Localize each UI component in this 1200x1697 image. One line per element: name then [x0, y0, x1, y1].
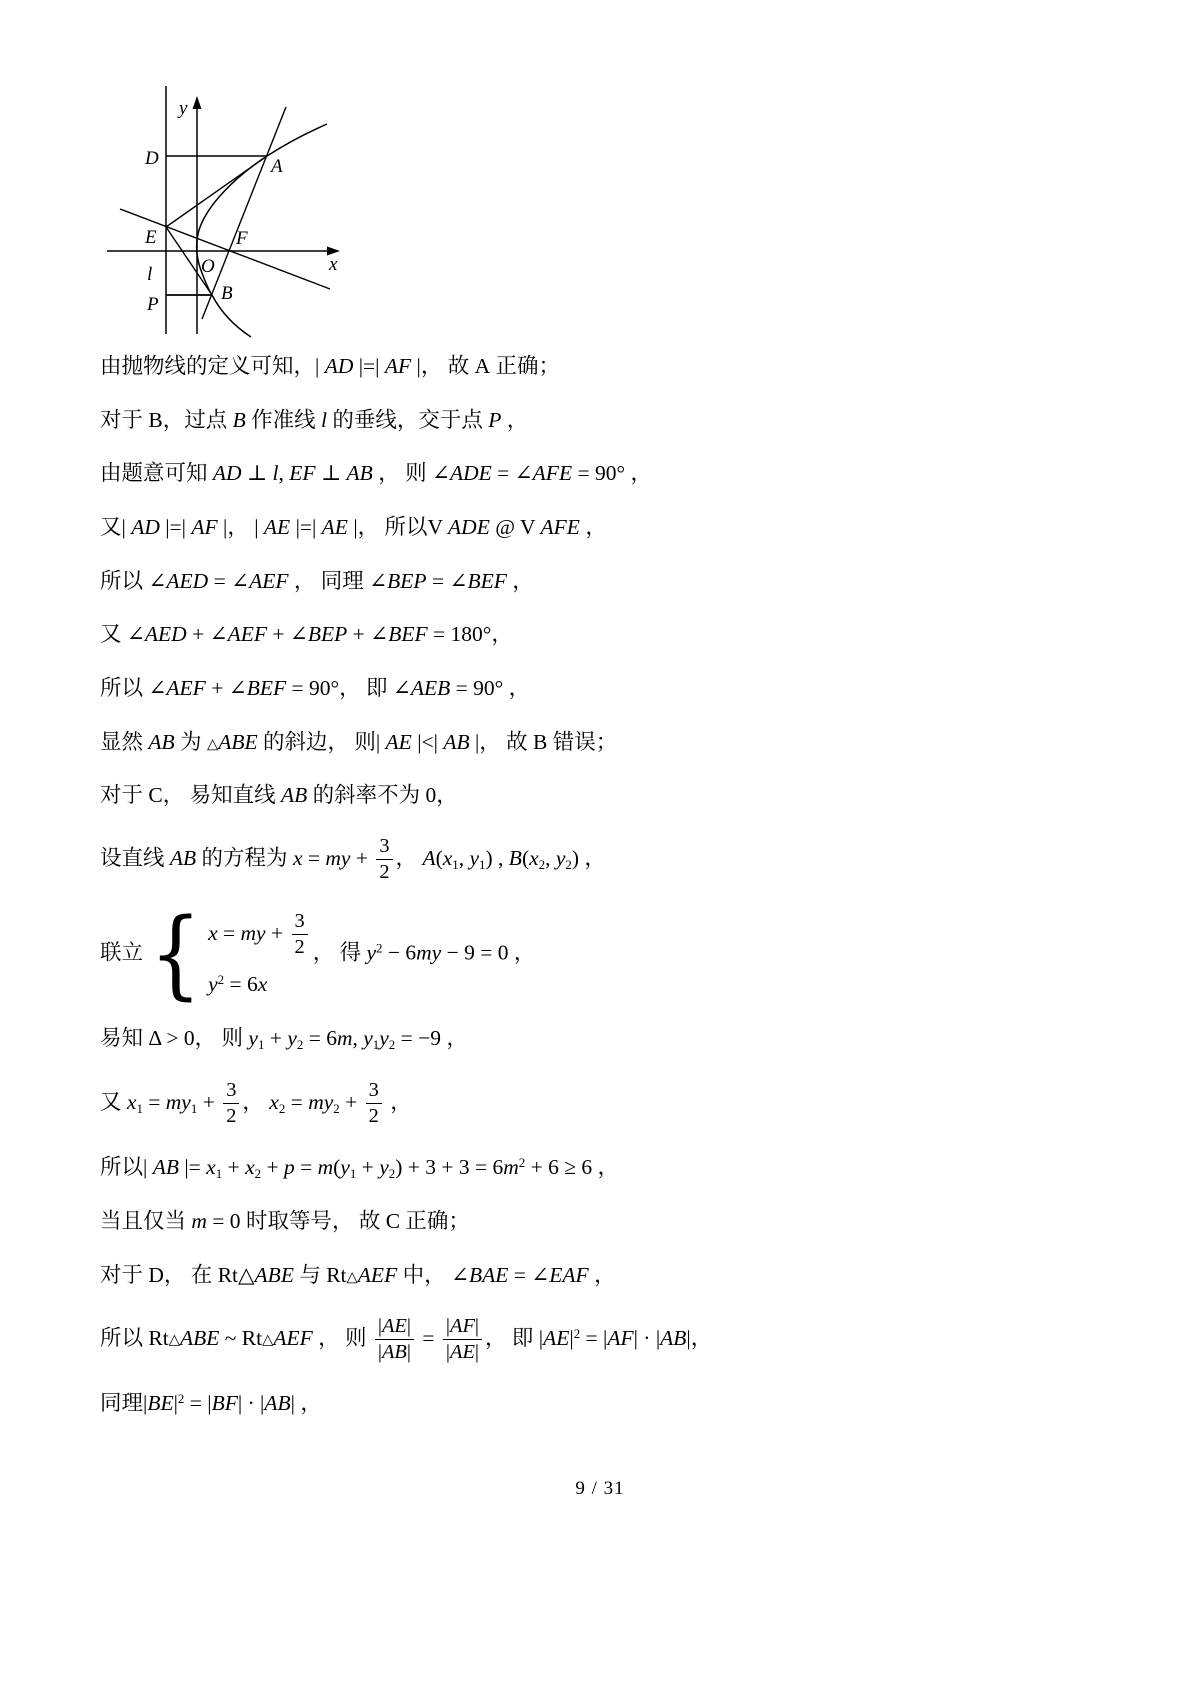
text-segment: | [376, 730, 386, 754]
text-segment: = ∠ [492, 461, 533, 485]
text-segment: AE [543, 1326, 569, 1350]
text-segment: B [509, 846, 522, 870]
text-segment: m [191, 1209, 207, 1233]
solution-line-16: 对于 D， 在 Rt△ABE 与 Rt△AEF 中， ∠BAE = ∠EAF ， [100, 1261, 1110, 1291]
text-segment: AD [131, 515, 160, 539]
text-segment: AB [148, 730, 174, 754]
text-segment: 同理 [100, 1391, 143, 1415]
fraction: 32 [376, 835, 392, 885]
text-segment: AB [170, 846, 196, 870]
text-segment: |<| [412, 730, 443, 754]
text-segment: x [245, 1155, 255, 1179]
text-segment: x [258, 972, 268, 996]
text-segment: | [218, 515, 228, 539]
text-segment: AEF [249, 569, 288, 593]
text-segment: 3 [369, 1079, 379, 1101]
text-segment: = 90° [286, 676, 339, 700]
system-equations: x = my + 32y2 = 6x [208, 910, 311, 1000]
text-segment: ∠ [127, 622, 145, 646]
text-segment: AE [322, 515, 348, 539]
text-segment: △ [262, 1331, 273, 1348]
text-segment: my [416, 940, 441, 964]
text-segment: AFE [541, 515, 580, 539]
text-segment: ~ Rt [219, 1326, 262, 1350]
text-segment: | [407, 1315, 411, 1337]
text-segment: Rt [326, 1263, 346, 1287]
text-segment: = | [580, 1326, 607, 1350]
text-segment: = ∠ [427, 569, 468, 593]
system-equation-row: x = my + 32 [208, 910, 311, 960]
text-segment: ⊥ [316, 461, 347, 485]
text-segment: = 90° [450, 676, 503, 700]
solution-line-13: 又 x1 = my1 + 32， x2 = my2 + 32 ， [100, 1079, 1110, 1129]
text-segment: 与 [294, 1263, 326, 1287]
text-segment: AF [607, 1326, 633, 1350]
solution-line-6: 又 ∠AED + ∠AEF + ∠BEP + ∠BEF = 180°， [100, 620, 1110, 650]
text-segment: A [475, 354, 491, 378]
text-segment: 3 [295, 910, 305, 932]
solution-line-3: 由题意可知 AD ⊥ l, EF ⊥ AB ， 则 ∠ADE = ∠AFE = … [100, 459, 1110, 489]
text-segment: y [363, 1026, 373, 1050]
text-segment: AF [191, 515, 217, 539]
text-segment: AF [450, 1315, 475, 1337]
text-segment: + [197, 1090, 220, 1114]
solution-line-9: 对于 C， 易知直线 AB 的斜率不为 0， [100, 781, 1110, 811]
text-segment: 2 [295, 936, 305, 958]
text-segment: my [325, 846, 350, 870]
text-segment: ， [385, 1090, 412, 1114]
text-segment: = 180° [428, 622, 492, 646]
text-segment: + [266, 921, 289, 945]
text-segment: ABE [180, 1326, 219, 1350]
text-segment: 由抛物线的定义可知， [100, 354, 315, 378]
text-segment: y [208, 972, 218, 996]
solution-line-8: 显然 AB 为 △ABE 的斜边， 则| AE |<| AB |， 故 B 错误… [100, 728, 1110, 758]
text-segment: = [302, 846, 325, 870]
text-segment: ) , [486, 846, 509, 870]
solution-line-2: 对于 B，过点 B 作准线 l 的垂线，交于点 P ， [100, 406, 1110, 436]
text-segment: + [356, 1155, 379, 1179]
solution-line-17: 所以 Rt△ABE ~ Rt△AEF ， 则 |AE||AB| = |AF||A… [100, 1315, 1110, 1365]
text-segment: |= [179, 1155, 206, 1179]
text-segment: x [208, 921, 218, 945]
text-segment: , [352, 1026, 363, 1050]
text-segment: AED [166, 569, 208, 593]
text-segment: 所以 [100, 676, 148, 700]
fraction: 32 [366, 1079, 382, 1129]
text-segment: my [241, 921, 266, 945]
fraction: |AF||AE| [443, 1315, 482, 1365]
label-point-A: A [269, 156, 283, 177]
text-segment: ， 故 [479, 730, 533, 754]
text-segment: ∠ [369, 569, 387, 593]
fraction: 32 [223, 1079, 239, 1129]
text-segment: 由题意可知 [100, 461, 213, 485]
text-segment: ， [592, 1155, 619, 1179]
text-segment: p [284, 1155, 295, 1179]
text-segment: △ [207, 735, 218, 752]
solution-line-4: 又| AD |=| AF |， | AE |=| AE |， 所以V ADE @… [100, 513, 1110, 543]
parabola-figure-svg: y x D A E F O l B P [95, 82, 355, 354]
text-segment: △ [347, 1268, 358, 1285]
text-segment: ， 易知直线 [163, 783, 281, 807]
text-segment: EF [289, 461, 315, 485]
text-segment: |=| [290, 515, 321, 539]
text-segment: x [206, 1155, 216, 1179]
text-segment: D [148, 1263, 164, 1287]
fraction-denominator: |AB| [375, 1340, 414, 1364]
text-segment: 正确； [490, 354, 560, 378]
text-segment: 对于 [100, 783, 148, 807]
text-segment: 的方程为 [196, 846, 293, 870]
text-segment: y [379, 1026, 389, 1050]
text-segment: 作准线 [246, 408, 321, 432]
label-point-F: F [235, 228, 248, 249]
fraction-numerator: |AF| [443, 1315, 482, 1340]
text-segment: = 6 [224, 972, 258, 996]
text-segment: + [264, 1026, 287, 1050]
text-segment: | [348, 515, 358, 539]
text-segment: ， [441, 1026, 468, 1050]
text-segment: m [337, 1026, 353, 1050]
text-segment: = | [184, 1391, 211, 1415]
text-segment: AE [386, 730, 412, 754]
equation-system: {x = my + 32y2 = 6x [145, 909, 311, 1000]
text-segment: − 9 = 0 [441, 940, 508, 964]
text-segment: = ∠ [208, 569, 249, 593]
text-segment: y [470, 846, 480, 870]
text-segment: | [143, 1155, 153, 1179]
text-segment: ， [508, 940, 535, 964]
text-segment: AF [385, 354, 411, 378]
text-segment: ∠ [432, 461, 450, 485]
text-segment: + ∠ [267, 622, 308, 646]
text-segment: 所以 [100, 569, 148, 593]
parabola-figure: y x D A E F O l B P [95, 82, 355, 354]
solution-line-15: 当且仅当 m = 0 时取等号， 故 C 正确； [100, 1207, 1110, 1237]
label-origin-O: O [201, 256, 215, 277]
text-segment: 当且仅当 [100, 1209, 191, 1233]
text-segment: = ∠ [508, 1263, 549, 1287]
text-segment: ， [625, 461, 652, 485]
text-segment: + 6 ≥ 6 [525, 1155, 592, 1179]
solution-line-11: 联立{x = my + 32y2 = 6x， 得 y2 − 6my − 9 = … [100, 909, 1110, 1000]
text-segment: BEP [387, 569, 426, 593]
text-segment: |=| [353, 354, 384, 378]
text-segment: y [366, 940, 376, 964]
text-segment: | [315, 354, 325, 378]
text-segment: BEF [388, 622, 427, 646]
text-segment: − 6 [382, 940, 416, 964]
text-segment: ) + 3 + 3 = 6 [395, 1155, 503, 1179]
system-brace-icon: { [150, 909, 202, 1000]
text-segment: ， [396, 846, 423, 870]
solution-line-10: 设直线 AB 的方程为 x = my + 32， A(x1, y1) , B(x… [100, 835, 1110, 885]
text-segment: AEB [411, 676, 450, 700]
text-segment: AEF [228, 622, 267, 646]
text-segment: AEF [358, 1263, 397, 1287]
text-segment: y [287, 1026, 297, 1050]
text-segment: ， [501, 408, 528, 432]
text-segment: ∠ [148, 676, 166, 700]
label-point-B: B [221, 283, 233, 304]
text-segment: AB [443, 730, 469, 754]
text-segment: + ∠ [347, 622, 388, 646]
text-segment: ， [589, 1263, 616, 1287]
label-x-axis: x [328, 254, 338, 275]
text-segment: ∠ [393, 676, 411, 700]
fraction: |AE||AB| [375, 1315, 414, 1365]
fraction-denominator: 2 [376, 860, 392, 884]
text-segment: my [166, 1090, 191, 1114]
text-segment: 对于 [100, 1263, 148, 1287]
text-segment: ， [691, 1326, 713, 1350]
text-segment: BAE [469, 1263, 508, 1287]
line-AB [202, 107, 286, 319]
text-segment: ， [580, 515, 607, 539]
text-segment: y [248, 1026, 258, 1050]
text-segment: ， [436, 783, 458, 807]
text-segment: AED [145, 622, 187, 646]
text-segment: ， [507, 569, 534, 593]
text-segment: , [545, 846, 556, 870]
text-segment: 的斜边， 则 [258, 730, 376, 754]
fraction-numerator: 3 [366, 1079, 382, 1104]
text-segment: = [417, 1326, 440, 1350]
text-segment: + [340, 1090, 363, 1114]
text-segment: 所以 [100, 1326, 148, 1350]
fraction-numerator: |AE| [375, 1315, 414, 1340]
text-segment: B [148, 408, 162, 432]
text-segment: AB [281, 783, 307, 807]
text-segment: 错误； [547, 730, 617, 754]
y-axis-arrow [193, 96, 202, 109]
text-segment: x [269, 1090, 279, 1114]
text-segment: C [148, 783, 162, 807]
text-segment: + [350, 846, 373, 870]
label-y-axis: y [177, 98, 188, 119]
label-point-P: P [146, 294, 159, 315]
solution-line-12: 易知 Δ > 0， 则 y1 + y2 = 6m, y1y2 = −9 ， [100, 1024, 1110, 1055]
text-segment: ， 同理 [289, 569, 370, 593]
text-segment: BE [147, 1391, 173, 1415]
text-segment: x [529, 846, 539, 870]
text-segment: 易知 [100, 1026, 148, 1050]
text-segment: ADE [450, 461, 492, 485]
solution-line-7: 所以 ∠AEF + ∠BEF = 90°， 即 ∠AEB = 90° ， [100, 674, 1110, 704]
text-segment: 3 [226, 1079, 236, 1101]
label-point-D: D [144, 148, 159, 169]
text-segment: | [470, 730, 480, 754]
text-segment: ， [295, 1391, 322, 1415]
text-segment: 2 [379, 861, 389, 883]
text-segment: ， 则 [373, 461, 432, 485]
text-segment: 联立 [100, 940, 143, 964]
text-segment: Rt△ [218, 1263, 255, 1287]
text-segment: BF [212, 1391, 238, 1415]
text-segment: ， [242, 1090, 269, 1114]
text-segment: + [222, 1155, 245, 1179]
label-directrix-l: l [147, 264, 152, 285]
text-segment: ABE [218, 730, 257, 754]
text-segment: ，过点 [163, 408, 233, 432]
solution-line-5: 所以 ∠AED = ∠AEF ， 同理 ∠BEP = ∠BEF ， [100, 567, 1110, 597]
text-segment: AD [325, 354, 354, 378]
text-segment: | [411, 354, 421, 378]
text-segment: Δ > 0 [148, 1026, 194, 1050]
text-segment: , [459, 846, 470, 870]
text-segment: 3 [379, 835, 389, 857]
text-segment: AB [660, 1326, 686, 1350]
text-segment: ， 在 [164, 1263, 218, 1287]
text-segment: | [475, 1341, 479, 1363]
text-segment: = [218, 921, 241, 945]
text-segment: , [279, 461, 290, 485]
text-segment: | · | [634, 1326, 661, 1350]
text-segment: 为 [175, 730, 207, 754]
text-segment: AB [347, 461, 373, 485]
text-segment: 正确； [400, 1209, 470, 1233]
text-segment: 的斜率不为 [307, 783, 425, 807]
text-segment: AD [213, 461, 242, 485]
fraction-denominator: |AE| [443, 1340, 482, 1364]
text-segment: AEF [166, 676, 205, 700]
text-segment: AEF [273, 1326, 312, 1350]
text-segment: ， [491, 622, 513, 646]
text-segment: | · | [238, 1391, 265, 1415]
text-segment: = [295, 1155, 318, 1179]
text-segment: EAF [549, 1263, 588, 1287]
text-segment: |=| [160, 515, 191, 539]
text-segment: | [475, 1315, 479, 1337]
text-segment: 又 [100, 1090, 127, 1114]
text-segment: ， [579, 846, 606, 870]
text-segment: ⊥ [242, 461, 273, 485]
text-segment: AE [382, 1315, 407, 1337]
text-segment: ， 即 [485, 1326, 539, 1350]
text-segment: 2 [369, 1105, 379, 1127]
text-segment: AFE [533, 461, 572, 485]
text-segment: ， 即 [339, 676, 393, 700]
text-segment: BEP [308, 622, 347, 646]
text-segment: y [379, 1155, 389, 1179]
text-segment: △ [169, 1331, 180, 1348]
text-segment: 时取等号， 故 [241, 1209, 386, 1233]
text-segment: ， [503, 676, 530, 700]
text-segment: m [318, 1155, 334, 1179]
text-segment: V [428, 515, 449, 539]
text-segment: ∠ [451, 1263, 469, 1287]
text-segment: my [308, 1090, 333, 1114]
text-segment: B [233, 408, 246, 432]
text-segment: ， 故 [421, 354, 475, 378]
text-segment: ADE [448, 515, 490, 539]
text-segment: | [122, 515, 132, 539]
text-segment: ∠ [148, 569, 166, 593]
text-segment: ， 得 [313, 940, 367, 964]
text-segment: 对于 [100, 408, 148, 432]
text-segment: Rt [148, 1326, 168, 1350]
text-segment: 0 [426, 783, 437, 807]
system-equation-row: y2 = 6x [208, 970, 311, 1000]
text-segment: BEF [467, 569, 506, 593]
text-segment: C [386, 1209, 400, 1233]
fraction-numerator: 3 [376, 835, 392, 860]
text-segment: 中， [397, 1263, 451, 1287]
text-segment: + ∠ [206, 676, 247, 700]
text-segment: ， 则 [195, 1026, 249, 1050]
text-segment: = 0 [207, 1209, 241, 1233]
text-segment: ， [227, 515, 254, 539]
text-segment: y [340, 1155, 350, 1179]
text-segment: | [407, 1341, 411, 1363]
text-segment: 2 [226, 1105, 236, 1127]
text-segment: = 6 [303, 1026, 337, 1050]
text-segment: = [143, 1090, 166, 1114]
fraction-denominator: 2 [366, 1104, 382, 1128]
label-point-E: E [144, 227, 157, 248]
text-segment: 设直线 [100, 846, 170, 870]
text-segment: AB [264, 1391, 290, 1415]
text-segment: | [254, 515, 264, 539]
text-segment: ( [436, 846, 443, 870]
text-segment: = −9 [395, 1026, 441, 1050]
text-segment: ， 则 [313, 1326, 372, 1350]
text-segment: ABE [255, 1263, 294, 1287]
text-segment: AE [450, 1341, 475, 1363]
fraction-numerator: 3 [223, 1079, 239, 1104]
text-segment: BEF [247, 676, 286, 700]
text-segment: 所以 [100, 1155, 143, 1179]
solution-text: 由抛物线的定义可知，| AD |=| AF |， 故 A 正确；对于 B，过点 … [100, 352, 1110, 1442]
page-number: 9 / 31 [0, 1478, 1200, 1500]
text-segment: + [261, 1155, 284, 1179]
fraction-denominator: 2 [292, 935, 308, 959]
text-segment: 又 [100, 515, 122, 539]
text-segment: + ∠ [187, 622, 228, 646]
text-segment: P [488, 408, 501, 432]
text-segment: x [443, 846, 453, 870]
text-segment: m [503, 1155, 519, 1179]
text-segment: AB [153, 1155, 179, 1179]
solution-line-14: 所以| AB |= x1 + x2 + p = m(y1 + y2) + 3 +… [100, 1153, 1110, 1184]
text-segment: ， 所以 [358, 515, 428, 539]
fraction: 32 [292, 910, 308, 960]
fraction-denominator: 2 [223, 1104, 239, 1128]
text-segment: B [533, 730, 547, 754]
text-segment: A [422, 846, 435, 870]
text-segment: 的垂线，交于点 [327, 408, 488, 432]
text-segment: AE [264, 515, 290, 539]
fraction-numerator: 3 [292, 910, 308, 935]
text-segment: 又 [100, 622, 127, 646]
text-segment: y [556, 846, 566, 870]
text-segment: = 90° [572, 461, 625, 485]
text-segment: 显然 [100, 730, 148, 754]
solution-line-18: 同理|BE|2 = |BF| · |AB| ， [100, 1389, 1110, 1419]
text-segment: ) [572, 846, 579, 870]
text-segment: x [127, 1090, 137, 1114]
text-segment: = [285, 1090, 308, 1114]
text-segment: AB [382, 1341, 407, 1363]
solution-line-1: 由抛物线的定义可知，| AD |=| AF |， 故 A 正确； [100, 352, 1110, 382]
text-segment: @ V [490, 515, 541, 539]
